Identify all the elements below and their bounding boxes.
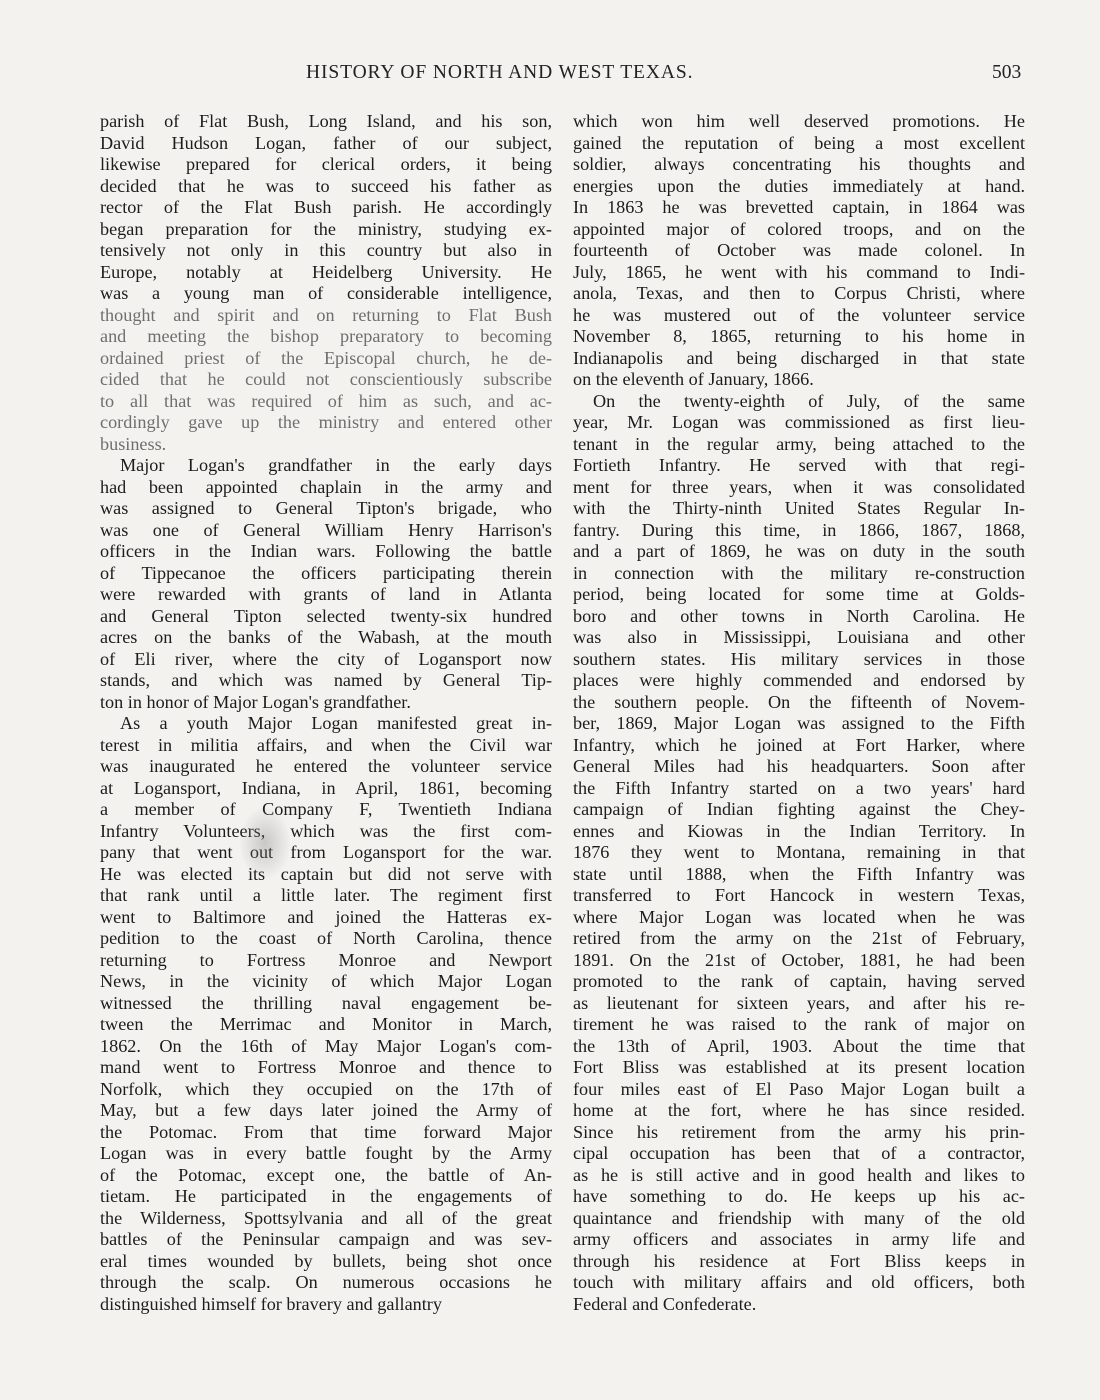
text-line: transferred to Fort Hancock in western T…	[573, 885, 1025, 907]
text-line: cordingly gave up the ministry and enter…	[100, 412, 552, 434]
text-line: places were highly commended and endorse…	[573, 670, 1025, 692]
text-line: stands, and which was named by General T…	[100, 670, 552, 692]
text-line: In 1863 he was brevetted captain, in 186…	[573, 197, 1025, 219]
text-line: had been appointed chaplain in the army …	[100, 477, 552, 499]
text-line: General Miles had his headquarters. Soon…	[573, 756, 1025, 778]
text-line: Fort Bliss was established at its presen…	[573, 1057, 1025, 1079]
text-line: a member of Company F, Twentieth Indiana	[100, 799, 552, 821]
text-line: began preparation for the ministry, stud…	[100, 219, 552, 241]
text-line: pany that went out from Logansport for t…	[100, 842, 552, 864]
text-line: as lieutenant for sixteen years, and aft…	[573, 993, 1025, 1015]
text-line: business.	[100, 434, 552, 456]
text-line: retired from the army on the 21st of Feb…	[573, 928, 1025, 950]
text-line: fourteenth of October was made colonel. …	[573, 240, 1025, 262]
text-line: News, in the vicinity of which Major Log…	[100, 971, 552, 993]
text-line: quaintance and friendship with many of t…	[573, 1208, 1025, 1230]
text-line: mand went to Fortress Monroe and thence …	[100, 1057, 552, 1079]
text-line: Fortieth Infantry. He served with that r…	[573, 455, 1025, 477]
text-line: tween the Merrimac and Monitor in March,	[100, 1014, 552, 1036]
text-line: decided that he was to succeed his fathe…	[100, 176, 552, 198]
text-line: at Logansport, Indiana, in April, 1861, …	[100, 778, 552, 800]
text-line: distinguished himself for bravery and ga…	[100, 1294, 552, 1316]
text-line: gained the reputation of being a most ex…	[573, 133, 1025, 155]
text-line: ment for three years, when it was consol…	[573, 477, 1025, 499]
text-line: Since his retirement from the army his p…	[573, 1122, 1025, 1144]
text-line: energies upon the duties immediately at …	[573, 176, 1025, 198]
text-line: returning to Fortress Monroe and Newport	[100, 950, 552, 972]
text-line: the 13th of April, 1903. About the time …	[573, 1036, 1025, 1058]
text-line: have something to do. He keeps up his ac…	[573, 1186, 1025, 1208]
text-line: and meeting the bishop preparatory to be…	[100, 326, 552, 348]
text-line: Indianapolis and being discharged in tha…	[573, 348, 1025, 370]
text-line: 1862. On the 16th of May Major Logan's c…	[100, 1036, 552, 1058]
text-line: were rewarded with grants of land in Atl…	[100, 584, 552, 606]
text-line: of Eli river, where the city of Loganspo…	[100, 649, 552, 671]
text-line: through the scalp. On numerous occasions…	[100, 1272, 552, 1294]
text-line: to all that was required of him as such,…	[100, 391, 552, 413]
text-line: pedition to the coast of North Carolina,…	[100, 928, 552, 950]
text-line: as he is still active and in good health…	[573, 1165, 1025, 1187]
book-page: HISTORY OF NORTH AND WEST TEXAS. 503 par…	[0, 0, 1100, 1400]
text-line: was assigned to General Tipton's brigade…	[100, 498, 552, 520]
text-line: Norfolk, which they occupied on the 17th…	[100, 1079, 552, 1101]
text-line: likewise prepared for clerical orders, i…	[100, 154, 552, 176]
text-line: went to Baltimore and joined the Hattera…	[100, 907, 552, 929]
running-head: HISTORY OF NORTH AND WEST TEXAS. 503	[0, 62, 1100, 92]
text-line: As a youth Major Logan manifested great …	[100, 713, 552, 735]
text-line: rector of the Flat Bush parish. He accor…	[100, 197, 552, 219]
text-line: Logan was in every battle fought by the …	[100, 1143, 552, 1165]
text-line: May, but a few days later joined the Arm…	[100, 1100, 552, 1122]
text-line: with the Thirty-ninth United States Regu…	[573, 498, 1025, 520]
running-title: HISTORY OF NORTH AND WEST TEXAS.	[306, 62, 693, 84]
text-line: home at the fort, where he has since res…	[573, 1100, 1025, 1122]
text-line: was one of General William Henry Harriso…	[100, 520, 552, 542]
text-line: witnessed the thrilling naval engagement…	[100, 993, 552, 1015]
text-line: officers in the Indian wars. Following t…	[100, 541, 552, 563]
text-line: Infantry, which he joined at Fort Harker…	[573, 735, 1025, 757]
text-line: touch with military affairs and old offi…	[573, 1272, 1025, 1294]
text-line: On the twenty-eighth of July, of the sam…	[573, 391, 1025, 413]
text-line: the Wilderness, Spottsylvania and all of…	[100, 1208, 552, 1230]
text-line: where Major Logan was located when he wa…	[573, 907, 1025, 929]
text-line: battles of the Peninsular campaign and w…	[100, 1229, 552, 1251]
text-line: state until 1888, when the Fifth Infantr…	[573, 864, 1025, 886]
text-line: ber, 1869, Major Logan was assigned to t…	[573, 713, 1025, 735]
text-line: 1891. On the 21st of October, 1881, he h…	[573, 950, 1025, 972]
text-line: tirement he was raised to the rank of ma…	[573, 1014, 1025, 1036]
right-column: which won him well deserved promotions. …	[573, 111, 1025, 1315]
text-line: soldier, always concentrating his though…	[573, 154, 1025, 176]
text-line: which won him well deserved promotions. …	[573, 111, 1025, 133]
text-line: of the Potomac, except one, the battle o…	[100, 1165, 552, 1187]
text-line: southern states. His military services i…	[573, 649, 1025, 671]
text-line: period, being located for some time at G…	[573, 584, 1025, 606]
text-line: Major Logan's grandfather in the early d…	[100, 455, 552, 477]
text-line: Federal and Confederate.	[573, 1294, 1025, 1316]
text-line: the Potomac. From that time forward Majo…	[100, 1122, 552, 1144]
text-line: ton in honor of Major Logan's grandfathe…	[100, 692, 552, 714]
text-line: army officers and associates in army lif…	[573, 1229, 1025, 1251]
text-line: in connection with the military re-const…	[573, 563, 1025, 585]
text-line: cided that he could not conscientiously …	[100, 369, 552, 391]
text-line: and General Tipton selected twenty-six h…	[100, 606, 552, 628]
text-line: anola, Texas, and then to Corpus Christi…	[573, 283, 1025, 305]
text-line: four miles east of El Paso Major Logan b…	[573, 1079, 1025, 1101]
text-line: campaign of Indian fighting against the …	[573, 799, 1025, 821]
text-line: He was elected its captain but did not s…	[100, 864, 552, 886]
text-line: Europe, notably at Heidelberg University…	[100, 262, 552, 284]
text-line: year, Mr. Logan was commissioned as firs…	[573, 412, 1025, 434]
text-line: ordained priest of the Episcopal church,…	[100, 348, 552, 370]
text-line: ennes and Kiowas in the Indian Territory…	[573, 821, 1025, 843]
text-line: was a young man of considerable intellig…	[100, 283, 552, 305]
text-line: tietam. He participated in the engagemen…	[100, 1186, 552, 1208]
text-line: the southern people. On the fifteenth of…	[573, 692, 1025, 714]
text-line: July, 1865, he went with his command to …	[573, 262, 1025, 284]
text-line: tenant in the regular army, being attach…	[573, 434, 1025, 456]
ink-smudge	[240, 808, 290, 878]
text-line: was inaugurated he entered the volunteer…	[100, 756, 552, 778]
text-line: thought and spirit and on returning to F…	[100, 305, 552, 327]
text-line: tensively not only in this country but a…	[100, 240, 552, 262]
text-line: 1876 they went to Montana, remaining in …	[573, 842, 1025, 864]
text-line: the Fifth Infantry started on a two year…	[573, 778, 1025, 800]
text-line: that rank until a little later. The regi…	[100, 885, 552, 907]
text-line: boro and other towns in North Carolina. …	[573, 606, 1025, 628]
page-number: 503	[992, 62, 1021, 84]
text-line: appointed major of colored troops, and o…	[573, 219, 1025, 241]
text-line: was also in Mississippi, Louisiana and o…	[573, 627, 1025, 649]
text-line: Infantry Volunteers, which was the first…	[100, 821, 552, 843]
text-line: through his residence at Fort Bliss keep…	[573, 1251, 1025, 1273]
text-line: parish of Flat Bush, Long Island, and hi…	[100, 111, 552, 133]
text-line: terest in militia affairs, and when the …	[100, 735, 552, 757]
text-line: promoted to the rank of captain, having …	[573, 971, 1025, 993]
text-line: and a part of 1869, he was on duty in th…	[573, 541, 1025, 563]
text-line: David Hudson Logan, father of our subjec…	[100, 133, 552, 155]
text-line: on the eleventh of January, 1866.	[573, 369, 1025, 391]
text-line: November 8, 1865, returning to his home …	[573, 326, 1025, 348]
text-line: of Tippecanoe the officers participating…	[100, 563, 552, 585]
text-line: fantry. During this time, in 1866, 1867,…	[573, 520, 1025, 542]
left-column: parish of Flat Bush, Long Island, and hi…	[100, 111, 552, 1315]
text-line: cipal occupation has been that of a cont…	[573, 1143, 1025, 1165]
text-line: eral times wounded by bullets, being sho…	[100, 1251, 552, 1273]
text-line: acres on the banks of the Wabash, at the…	[100, 627, 552, 649]
text-line: he was mustered out of the volunteer ser…	[573, 305, 1025, 327]
